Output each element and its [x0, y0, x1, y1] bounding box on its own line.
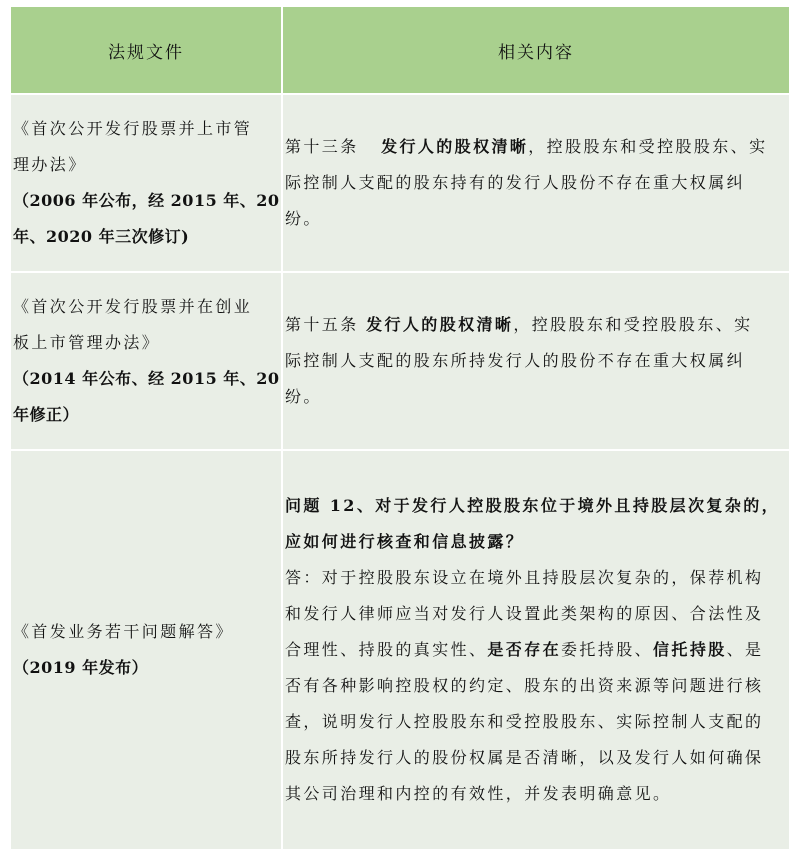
bold-phrase: 发行人的股权清晰: [366, 315, 513, 334]
regulation-title: 理办法》: [13, 147, 279, 183]
regulation-title: 《首次公开发行股票并在创业: [13, 289, 279, 325]
content-cell: 问题 12、对于发行人控股股东位于境外且持股层次复杂的， 应如何进行核查和信息披…: [283, 451, 789, 849]
bold-phrase: 发行人的股权清晰: [381, 137, 528, 156]
regulation-table: 法规文件 相关内容 《首次公开发行股票并上市管 理办法》 （2006 年公布，经…: [9, 5, 791, 851]
content-cell: 第十三条 发行人的股权清晰，控股股东和受控股股东、实 际控制人支配的股东持有的发…: [283, 95, 789, 271]
header-content: 相关内容: [283, 7, 789, 93]
bold-phrase: 是否存在: [487, 640, 561, 659]
answer-line: 其公司治理和内控的有效性，并发表明确意见。: [285, 776, 787, 812]
article-number: 第十五条: [285, 315, 359, 334]
article-number: 第十三条: [285, 137, 359, 156]
table-row: 《首次公开发行股票并在创业 板上市管理办法》 （2014 年公布、经 2015 …: [11, 273, 789, 449]
content-line: 第十五条 发行人的股权清晰，控股股东和受控股股东、实: [285, 307, 787, 343]
content-text: ，控股股东和受控股股东、实: [528, 137, 767, 156]
regulation-title: 《首次公开发行股票并上市管: [13, 111, 279, 147]
header-regulation: 法规文件: [11, 7, 281, 93]
content-text: ，控股股东和受控股股东、实: [513, 315, 752, 334]
answer-line: 合理性、持股的真实性、是否存在委托持股、信托持股、是: [285, 632, 787, 668]
answer-line: 和发行人律师应当对发行人设置此类架构的原因、合法性及: [285, 596, 787, 632]
content-line: 纷。: [285, 201, 787, 237]
header-row: 法规文件 相关内容: [11, 7, 789, 93]
regulation-title: 板上市管理办法》: [13, 325, 279, 361]
regulation-note: 年修正）: [13, 397, 279, 433]
content-cell: 第十五条 发行人的股权清晰，控股股东和受控股股东、实 际控制人支配的股东所持发行…: [283, 273, 789, 449]
content-line: 第十三条 发行人的股权清晰，控股股东和受控股股东、实: [285, 129, 787, 165]
regulation-cell: 《首次公开发行股票并在创业 板上市管理办法》 （2014 年公布、经 2015 …: [11, 273, 281, 449]
content-line: 际控制人支配的股东所持发行人的股份不存在重大权属纠: [285, 343, 787, 379]
regulation-note: （2019 年发布）: [13, 650, 279, 686]
bold-phrase: 信托持股: [653, 640, 727, 659]
answer-text: 、是: [727, 640, 764, 659]
table-row: 《首次公开发行股票并上市管 理办法》 （2006 年公布，经 2015 年、20…: [11, 95, 789, 271]
regulation-note: 年、2020 年三次修订): [13, 219, 279, 255]
answer-line: 查，说明发行人控股股东和受控股股东、实际控制人支配的: [285, 704, 787, 740]
regulation-cell: 《首发业务若干问题解答》 （2019 年发布）: [11, 451, 281, 849]
question-line: 问题 12、对于发行人控股股东位于境外且持股层次复杂的，: [285, 488, 787, 524]
content-line: 纷。: [285, 379, 787, 415]
regulation-note: （2006 年公布，经 2015 年、2018: [13, 183, 279, 219]
content-line: 际控制人支配的股东持有的发行人股份不存在重大权属纠: [285, 165, 787, 201]
question-line: 应如何进行核查和信息披露？: [285, 524, 787, 560]
table-row: 《首发业务若干问题解答》 （2019 年发布） 问题 12、对于发行人控股股东位…: [11, 451, 789, 849]
answer-text: 委托持股、: [561, 640, 653, 659]
answer-line: 答：对于控股股东设立在境外且持股层次复杂的，保荐机构: [285, 560, 787, 596]
answer-line: 股东所持发行人的股份权属是否清晰，以及发行人如何确保: [285, 740, 787, 776]
answer-line: 否有各种影响控股权的约定、股东的出资来源等问题进行核: [285, 668, 787, 704]
answer-text: 合理性、持股的真实性、: [285, 640, 487, 659]
regulation-title: 《首发业务若干问题解答》: [13, 614, 279, 650]
regulation-note: （2014 年公布、经 2015 年、2018: [13, 361, 279, 397]
regulation-cell: 《首次公开发行股票并上市管 理办法》 （2006 年公布，经 2015 年、20…: [11, 95, 281, 271]
